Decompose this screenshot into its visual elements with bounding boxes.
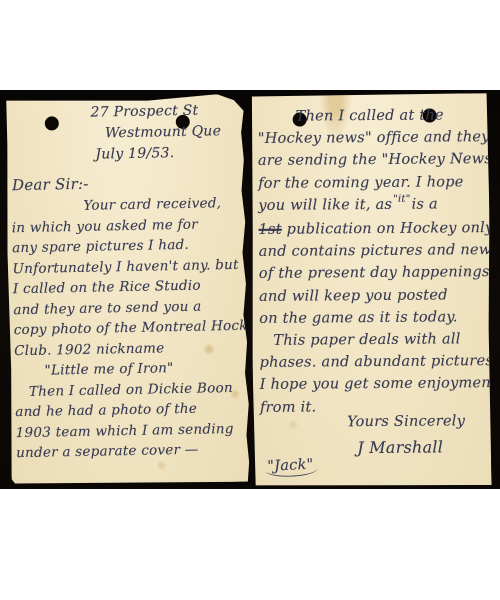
inserted-word: "it" [393,193,411,204]
letter-body-left: Your card received, in which you asked m… [11,193,248,464]
salutation: Dear Sir:- [12,175,89,194]
letter-closing: Yours Sincerely [347,413,465,430]
left-letter-page: 27 Prospect St Westmount Que July 19/53.… [4,94,250,487]
handwriting-line: Then I called at the [258,104,486,128]
punch-hole [45,116,59,130]
handwriting-line: of the present day happenings [259,262,487,286]
struck-word: 1st [258,222,281,238]
letter-address-block: 27 Prospect St Westmount Que July 19/53. [90,100,221,165]
handwriting-line: are sending the "Hockey News" [258,148,486,172]
address-line: Westmount Que [105,121,222,144]
handwriting-line: and contains pictures and news [259,239,487,263]
handwriting-line-with-strikethrough: 1st publication on Hockey only [258,217,486,241]
signature-nickname: "Jack" [265,457,317,476]
handwriting-line: and will keep you posted [259,284,487,308]
letter-body-right: Then I called at the "Hockey news" offic… [258,104,488,419]
handwriting-line: for the coming year. I hope [258,171,486,195]
handwriting-text: publication on Hockey only [287,220,494,238]
handwriting-line: phases. and abundant pictures [259,350,487,374]
handwriting-text: is a [412,196,438,212]
handwriting-line-with-insertion: you will like it, as"it"is a [258,193,486,219]
right-letter-page: Then I called at the "Hockey news" offic… [250,93,491,487]
letter-date: July 19/53. [95,142,222,165]
handwriting-text: you will like it, as [258,197,392,214]
handwriting-line: I hope you get some enjoyment [260,373,488,397]
handwriting-text: "Jack" [265,457,318,478]
handwriting-line: on the game as it is today. [259,306,487,330]
signature: J Marshall [357,437,443,457]
handwriting-line: "Hockey news" office and they [258,126,486,150]
handwriting-line: This paper deals with all [259,328,487,352]
address-line: 27 Prospect St [90,100,221,123]
handwriting-line: under a separate cover — [16,439,248,464]
photo-matte: 27 Prospect St Westmount Que July 19/53.… [0,0,500,600]
letter-photo: 27 Prospect St Westmount Que July 19/53.… [0,90,500,489]
